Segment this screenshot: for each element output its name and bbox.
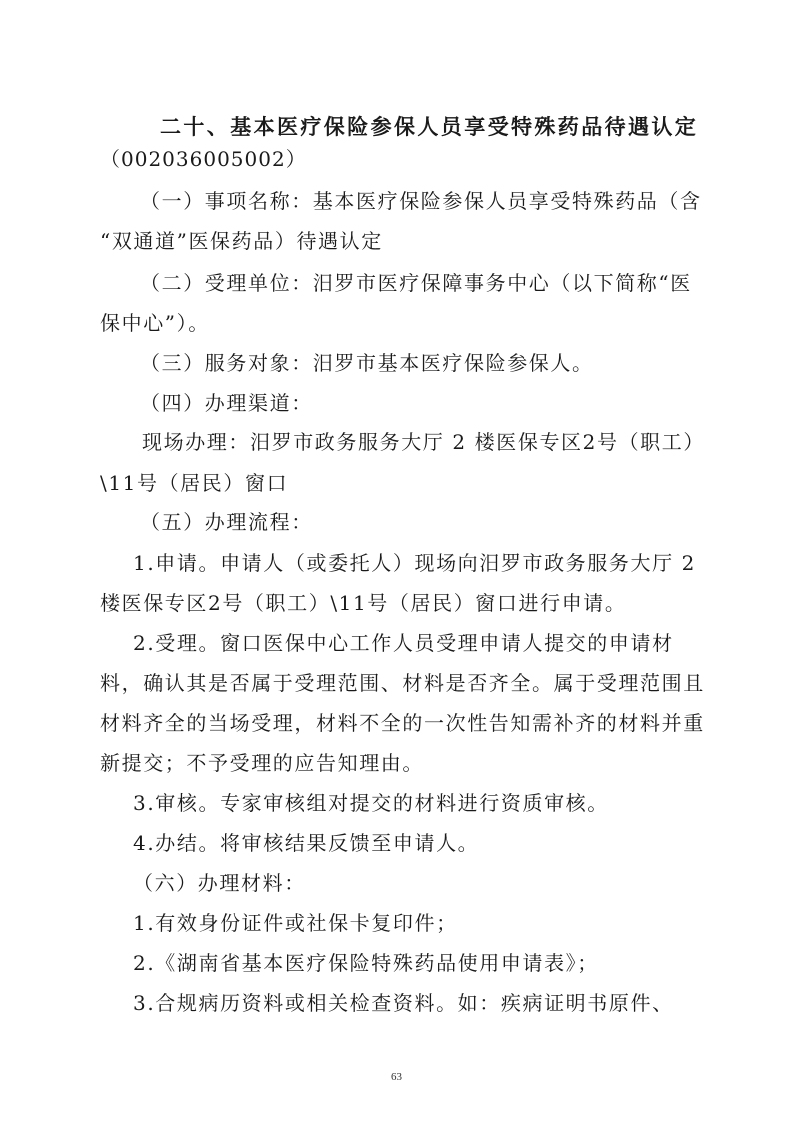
paragraph-line: \11号（居民）窗口: [100, 470, 793, 496]
paragraph-line: “双通道”医保药品）待遇认定: [100, 228, 793, 254]
paragraph-line: （六）办理材料：: [133, 870, 793, 896]
paragraph-line: 新提交；不予受理的应告知理由。: [100, 750, 793, 776]
paragraph-line: （一）事项名称：基本医疗保险参保人员享受特殊药品（含: [140, 188, 793, 214]
paragraph-line: 楼医保专区2号（职工）\11号（居民）窗口进行申请。: [100, 590, 793, 616]
item-code: （002036005002）: [100, 146, 793, 172]
section-title: 二十、基本医疗保险参保人员享受特殊药品待遇认定: [160, 114, 793, 140]
paragraph-line: 2.受理。窗口医保中心工作人员受理申请人提交的申请材: [133, 630, 793, 656]
paragraph-line: 保中心”）。: [100, 310, 793, 336]
paragraph-line: 2.《湖南省基本医疗保险特殊药品使用申请表》；: [133, 950, 793, 976]
paragraph-line: 4.办结。将审核结果反馈至申请人。: [133, 830, 793, 856]
paragraph-line: 料，确认其是否属于受理范围、材料是否齐全。属于受理范围且: [100, 670, 793, 696]
paragraph-line: （三）服务对象：汨罗市基本医疗保险参保人。: [140, 350, 793, 376]
paragraph-line: 现场办理：汨罗市政务服务大厅 2 楼医保专区2号（职工）: [142, 429, 793, 455]
paragraph-line: 1.申请。申请人（或委托人）现场向汨罗市政务服务大厅 2: [133, 550, 793, 576]
paragraph-line: （四）办理渠道：: [140, 390, 793, 416]
paragraph-line: 材料齐全的当场受理，材料不全的一次性告知需补齐的材料并重: [100, 710, 793, 736]
paragraph-line: 3.审核。专家审核组对提交的材料进行资质审核。: [133, 790, 793, 816]
page-number: 63: [0, 1071, 793, 1083]
paragraph-line: （二）受理单位：汨罗市医疗保障事务中心（以下简称“医: [140, 270, 793, 296]
paragraph-line: （五）办理流程：: [140, 509, 793, 535]
paragraph-line: 3.合规病历资料或相关检查资料。如：疾病证明书原件、: [133, 990, 793, 1016]
paragraph-line: 1.有效身份证件或社保卡复印件；: [133, 910, 793, 936]
